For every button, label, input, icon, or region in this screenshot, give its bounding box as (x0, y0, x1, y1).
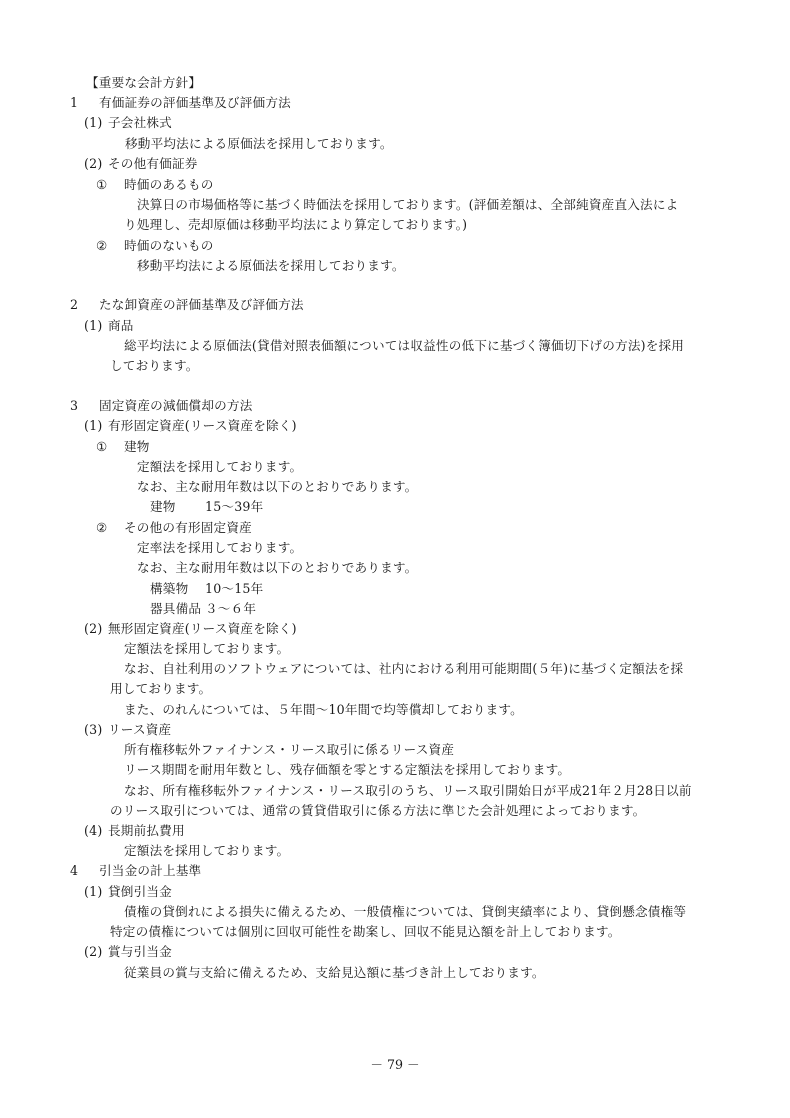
item-label: (4) (84, 823, 102, 839)
paragraph: 決算日の市場価格等に基づく時価法を採用しております。(評価差額は、全部純資産直入… (137, 197, 678, 213)
subitem-title: その他の有形固定資産 (124, 520, 252, 536)
section-3-number: 3 (70, 398, 78, 414)
paragraph: また、のれんについては、５年間～10年間で均等償却しております。 (124, 702, 523, 718)
item-title: 有形固定資産(リース資産を除く) (108, 418, 297, 434)
subitem-title: 時価のないもの (124, 238, 214, 254)
subitem-title: 建物 (124, 439, 150, 455)
paragraph: のリース取引については、通常の賃貸借取引に係る方法に準じた会計処理によっておりま… (110, 803, 645, 819)
item-label: (3) (84, 722, 102, 738)
paragraph: 定額法を採用しております。 (124, 641, 289, 657)
section-4-number: 4 (70, 863, 78, 879)
paragraph: 用しております。 (110, 681, 211, 697)
item-1-1-label: (1) (84, 115, 102, 131)
item-label: (1) (84, 318, 102, 334)
page-number: － 79 － (0, 1054, 790, 1073)
subitem-label: ① (96, 177, 108, 193)
paragraph: 定率法を採用しております。 (137, 540, 302, 556)
paragraph: 移動平均法による原価法を採用しております。 (137, 258, 405, 274)
useful-life-asset: 器具備品 (150, 601, 201, 617)
paragraph: 定額法を採用しております。 (124, 843, 289, 859)
document-page: 【重要な会計方針】 1 有価証券の評価基準及び評価方法 (1) 子会社株式 移動… (0, 0, 790, 1118)
useful-life-years: ３～６年 (205, 601, 256, 617)
item-title: 貸倒引当金 (108, 884, 172, 900)
item-label: (2) (84, 944, 102, 960)
section-3-title: 固定資産の減価償却の方法 (99, 398, 253, 414)
useful-life-asset: 構築物 (150, 581, 188, 597)
paragraph: なお、主な耐用年数は以下のとおりであります。 (137, 479, 417, 495)
paragraph: 特定の債権については個別に回収可能性を勘案し、回収不能見込額を計上しております。 (110, 924, 621, 940)
paragraph: 総平均法による原価法(貸借対照表価額については収益性の低下に基づく簿価切下げの方… (124, 338, 684, 354)
paragraph: 債権の貸倒れによる損失に備えるため、一般債権については、貸倒実績率により、貸倒懸… (124, 904, 686, 920)
paragraph: 従業員の賞与支給に備えるため、支給見込額に基づき計上しております。 (124, 965, 545, 981)
section-2-number: 2 (70, 297, 78, 313)
section-2-title: たな卸資産の評価基準及び評価方法 (99, 297, 304, 313)
section-1-title: 有価証券の評価基準及び評価方法 (99, 95, 291, 111)
paragraph: なお、主な耐用年数は以下のとおりであります。 (137, 560, 417, 576)
useful-life-asset: 建物 (150, 499, 176, 515)
subitem-label: ② (96, 520, 108, 536)
paragraph: 所有権移転外ファイナンス・リース取引に係るリース資産 (124, 742, 454, 758)
subitem-title: 時価のあるもの (124, 177, 214, 193)
subitem-label: ① (96, 439, 108, 455)
item-title: 商品 (108, 318, 134, 334)
item-1-2-title: その他有価証券 (108, 156, 198, 172)
item-label: (1) (84, 884, 102, 900)
useful-life-years: 10～15年 (205, 581, 263, 597)
paragraph: なお、自社利用のソフトウェアについては、社内における利用可能期間(５年)に基づく… (124, 661, 683, 677)
heading: 【重要な会計方針】 (86, 75, 201, 91)
item-title: 賞与引当金 (108, 944, 172, 960)
subitem-label: ② (96, 238, 108, 254)
paragraph: り処理し、売却原価は移動平均法により算定しております。) (124, 217, 467, 233)
section-1-number: 1 (70, 95, 78, 111)
paragraph: なお、所有権移転外ファイナンス・リース取引のうち、リース取引開始日が平成21年２… (124, 783, 692, 799)
item-1-2-label: (2) (84, 156, 102, 172)
paragraph: しております。 (110, 358, 199, 374)
paragraph: 定額法を採用しております。 (137, 459, 302, 475)
section-4-title: 引当金の計上基準 (99, 863, 201, 879)
item-label: (2) (84, 621, 102, 637)
item-title: 無形固定資産(リース資産を除く) (108, 621, 297, 637)
item-title: 長期前払費用 (108, 823, 185, 839)
paragraph: リース期間を耐用年数とし、残存価額を零とする定額法を採用しております。 (124, 762, 570, 778)
item-label: (1) (84, 418, 102, 434)
useful-life-years: 15～39年 (205, 499, 263, 515)
item-1-1-title: 子会社株式 (108, 115, 172, 131)
item-title: リース資産 (108, 722, 171, 738)
paragraph: 移動平均法による原価法を採用しております。 (125, 136, 393, 152)
